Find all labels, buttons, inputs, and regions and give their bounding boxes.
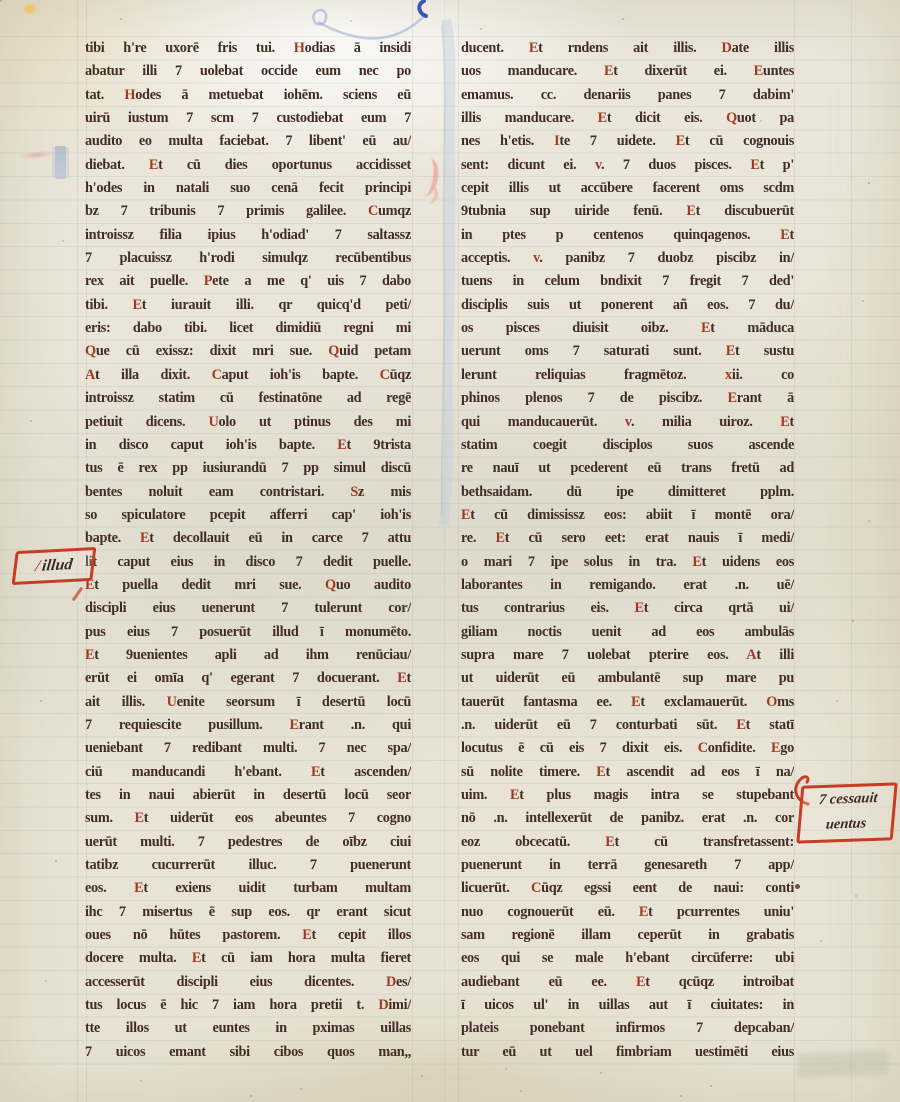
rubricated-letter: E [529,40,538,56]
text-line: oues nō hūtes pastorem. Et cepit illos [85,924,411,947]
rubricated-letter: v [533,250,539,266]
text-line: nō .n. intellexerūt de panibz. erat .n. … [461,807,794,830]
rubricated-letter: C [380,367,390,383]
text-line: tibi. Et iurauit illi. qr quicq'd peti/ [85,294,411,317]
text-line: eoz obcecatū. Et cū transfretassent: [461,831,794,854]
text-line: nes h'etis. Ite 7 uidete. Et cū cognouis [461,130,794,153]
text-line: re. Et cū sero eet: erat nauis ī medi/ [461,527,794,550]
text-line: introissz filia ipius h'odiad' 7 saltass… [85,224,411,247]
text-line: tauerūt fantasma ee. Et exclamauerūt. Om… [461,691,794,714]
manuscript-page: tibi h're uxorē fris tui. Hodias ā insid… [0,0,900,1102]
text-line: os pisces diuisit oibz. Et māduca [461,317,794,340]
showthrough-red-crescent [422,185,440,206]
text-line: sam regionē illam ceperūt in grabatis [461,924,794,947]
rubricated-letter: E [692,554,701,570]
showthrough-smudge [797,1050,890,1077]
rubricated-letter: E [337,437,346,453]
parchment-speckles [0,0,2,2]
rubricated-letter: E [728,390,737,406]
text-line: bethsaidam. dū ipe dimitteret pplm. [461,481,794,504]
text-line: lit caput eius in disco 7 dedit puelle. [85,551,411,574]
text-line: uerūt multi. 7 pedestres de oībz ciui [85,831,411,854]
text-line: .n. uiderūt eū 7 conturbati sūt. Et stat… [461,714,794,737]
text-line: ducent. Et rndens ait illis. Date illis [461,37,794,60]
rubricated-letter: A [746,647,756,663]
showthrough-red-crescent [414,157,440,198]
rubricated-letter: C [368,203,378,219]
faded-initial-i [55,146,66,179]
rubricated-letter: I [554,133,559,149]
text-line: qui manducauerūt. v. milia uiroz. Et [461,411,794,434]
text-line: 7 uicos emant sibi cibos quos man,, [85,1041,411,1064]
ink-blot [795,884,800,889]
text-line: tus locus ē hic 7 iam hora pretii t. Dim… [85,994,411,1017]
text-line: statim coegit disciplos suos ascende [461,434,794,457]
margin-note-illud: /illud [12,547,97,585]
text-line: phinos plenos 7 de piscibz. Erant ā [461,387,794,410]
rubricated-letter: A [85,367,95,383]
text-line: tus contrarius eis. Et circa qrtā ui/ [461,597,794,620]
margin-note-cessavit: 7 cessauit uentus [796,782,897,843]
text-line: h'odes in natali suo cenā fecit principi [85,177,411,200]
margin-note-cessavit-line2: uentus [800,810,893,838]
rubricated-letter: E [726,343,735,359]
text-line: uos manducare. Et dixerūt ei. Euntes [461,60,794,83]
rubricated-letter: E [635,600,644,616]
text-line: sent: dicunt ei. v. 7 duos pisces. Et p' [461,154,794,177]
ruling-line-vertical [851,0,852,1102]
rubricated-letter: E [495,530,504,546]
text-line: so spiculatore pcepit afferri cap' ioh'i… [85,504,411,527]
text-line: emamus. cc. denariis panes 7 dabim' [461,84,794,107]
text-line: Et puella dedit mri sue. Quo audito [85,574,411,597]
text-line: eos qui se male h'ebant circūferre: ubi [461,947,794,970]
rubricated-letter: E [736,717,745,733]
rubricated-letter: v [595,157,601,173]
text-line: disciplis suis ut ponerent añ eos. 7 du/ [461,294,794,317]
text-line: diebat. Et cū dies oportunus accidisset [85,154,411,177]
rubricated-letter: E [604,63,613,79]
rubricated-letter: E [311,764,320,780]
text-line: puenerunt in terrā genesareth 7 app/ [461,854,794,877]
text-line: illis manducare. Et dicit eis. Quot pa [461,107,794,130]
text-column-right: ducent. Et rndens ait illis. Date illisu… [461,37,794,1064]
text-line: 9tubnia sup uiride fenū. Et discubuerūt [461,200,794,223]
text-line: uim. Et plus magis intra se stupebant [461,784,794,807]
text-line: bapte. Et decollauit eū in carce 7 attu [85,527,411,550]
rubricated-letter: E [598,110,607,126]
text-line: lerunt reliquias fragmētoz. xii. co [461,364,794,387]
rubricated-letter: D [386,974,396,990]
margin-note-illud-text: illud [41,556,74,575]
rubricated-letter: H [294,40,305,56]
rubricated-letter: E [754,63,763,79]
rubricated-letter: E [134,880,143,896]
text-line: cepit illis ut accūbere facerent oms scd… [461,177,794,200]
text-line: giliam noctis uenit ad eos ambulās [461,621,794,644]
rubricated-letter: E [750,157,759,173]
text-line: sum. Et uiderūt eos abeuntes 7 cogno [85,807,411,830]
text-line: tibi h're uxorē fris tui. Hodias ā insid… [85,37,411,60]
rubricated-letter: Q [85,343,96,359]
text-line: audito eo multa faciebat. 7 libent' eū a… [85,130,411,153]
text-line: audiebant eū ee. Et qcūqz introibat [461,971,794,994]
rubricated-letter: E [140,530,149,546]
margin-note-cessavit-line1: 7 cessauit [802,785,895,813]
rubricated-letter: E [605,834,614,850]
rubricated-letter: E [771,740,780,756]
text-line: rex ait puelle. Pete a me q' uis 7 dabo [85,270,411,293]
text-line: eris: dabo tibi. licet dimidiū regni mi [85,317,411,340]
rubricated-letter: E [780,414,789,430]
text-line: in ptes p centenos quinqagenos. Et [461,224,794,247]
rubricated-letter: E [397,670,406,686]
rubricated-letter: U [167,694,177,710]
text-line: Que cū exissz: dixit mri sue. Quid petam [85,340,411,363]
text-line: plateis ponebant infirmos 7 depcaban/ [461,1017,794,1040]
rubricated-letter: E [701,320,710,336]
text-line: uirū iustum 7 scm 7 custodiebat eum 7 [85,107,411,130]
text-line: in disco caput ioh'is bapte. Et 9trista [85,434,411,457]
rubricated-letter: P [204,273,212,289]
rubricated-letter: E [302,927,311,943]
rubricated-letter: H [124,87,135,103]
text-line: tuens in celum bndixit 7 fregit 7 ded' [461,270,794,293]
red-tick-mark [72,587,84,602]
text-line: 7 placuissz h'rodi simulqz recūbentibus [85,247,411,270]
text-line: sū nolite timere. Et ascendit ad eos ī n… [461,761,794,784]
rubricated-letter: v [625,414,631,430]
text-line: acceptis. v. panibz 7 duobz piscibz in/ [461,247,794,270]
rubricated-letter: E [133,297,142,313]
text-line: 7 requiescite pusillum. Erant .n. qui [85,714,411,737]
rubricated-letter: E [85,647,94,663]
rubricated-letter: C [531,880,541,896]
rubricated-letter: E [135,810,144,826]
ruling-line-vertical [794,0,795,1102]
rubricated-letter: E [461,507,470,523]
text-line: ciū manducandi h'ebant. Et ascenden/ [85,761,411,784]
text-line: supra mare 7 uolebat pterire eos. At ill… [461,644,794,667]
text-line: ut uiderūt eū ambulantē sup mare pu [461,667,794,690]
text-line: eos. Et exiens uidit turbam multam [85,877,411,900]
rubricated-letter: x [725,367,732,383]
yellow-stain [24,4,36,13]
text-line: ihc 7 misertus ē sup eos. qr erant sicut [85,901,411,924]
rubricated-letter: C [212,367,222,383]
text-line: nuo cognouerūt eū. Et pcurrentes uniu' [461,901,794,924]
rubricated-letter: E [780,227,789,243]
text-line: introissz statim cū festinatōne ad regē [85,387,411,410]
text-line: Et cū dimississz eos: abiit ī montē ora/ [461,504,794,527]
text-line: locutus ē cū eis 7 dixit eis. Confidite.… [461,737,794,760]
text-line: bentes noluit eam contristari. Sz mis [85,481,411,504]
text-line: re nauī ut pcederent eū trans fretū ad [461,457,794,480]
text-line: tat. Hodes ā metuebat iohēm. sciens eū [85,84,411,107]
faded-red-swash [18,149,57,160]
text-line: o mari 7 ipe solus in tra. Et uidens eos [461,551,794,574]
ruling-line-vertical [444,0,445,1102]
text-line: Et 9uenientes apli ad ihm renūciau/ [85,644,411,667]
rubricated-letter: C [698,740,708,756]
ruling-line-vertical [458,0,459,1102]
text-line: ueniebant 7 redibant multi. 7 nec spa/ [85,737,411,760]
rubricated-letter: Q [325,577,336,593]
text-line: ī uicos ul' in uillas aut ī ciuitates: i… [461,994,794,1017]
text-line: tus ē rex pp iusiurandū 7 pp simul discū [85,457,411,480]
rubricated-letter: O [766,694,777,710]
rubricated-letter: E [631,694,640,710]
text-line: accesserūt discipli eius dicentes. Des/ [85,971,411,994]
rubricated-letter: Q [328,343,339,359]
rubricated-letter: S [350,484,358,500]
text-line: uerunt oms 7 saturati sunt. Et sustu [461,340,794,363]
rubricated-letter: E [289,717,298,733]
rubricated-letter: D [722,40,732,56]
text-line: abatur illi 7 uolebat occide eum nec po [85,60,411,83]
rubricated-letter: E [676,133,685,149]
text-line: discipli eius uenerunt 7 tulerunt cor/ [85,597,411,620]
text-line: tes in naui abierūt in desertū locū seor [85,784,411,807]
text-column-left: tibi h're uxorē fris tui. Hodias ā insid… [85,37,411,1064]
text-line: docere multa. Et cū iam hora multa fiere… [85,947,411,970]
text-line: pus eius 7 posuerūt illud ī monumēto. [85,621,411,644]
rubricated-letter: E [636,974,645,990]
rubricated-letter: E [192,950,201,966]
text-line: tatibz cucurrerūt illuc. 7 puenerunt [85,854,411,877]
rubricated-letter: E [686,203,695,219]
text-line: tte illos ut euntes in pximas uillas [85,1017,411,1040]
rubricated-letter: E [149,157,158,173]
text-line: At illa dixit. Caput ioh'is bapte. Cūqz [85,364,411,387]
rubricated-letter: D [378,997,388,1013]
rubricated-letter: E [596,764,605,780]
text-line: petiuit dicens. Uolo ut ptinus des mi [85,411,411,434]
text-line: erūt ei omīa q' egerant 7 docuerant. Et [85,667,411,690]
rubricated-letter: E [510,787,519,803]
text-line: tur eū ut uel fimbriam uestimēti eius [461,1041,794,1064]
text-line: laborantes in remigando. erat .n. uē/ [461,574,794,597]
text-line: ait illis. Uenite seorsum ī desertū locū [85,691,411,714]
rubricated-letter: Q [726,110,737,126]
ruling-line-vertical [412,0,413,1102]
text-line: bz 7 tribunis 7 primis galilee. Cumqz [85,200,411,223]
text-line: licuerūt. Cūqz egssi eent de naui: conti [461,877,794,900]
rubricated-letter: U [208,414,218,430]
rubricated-letter: E [639,904,648,920]
